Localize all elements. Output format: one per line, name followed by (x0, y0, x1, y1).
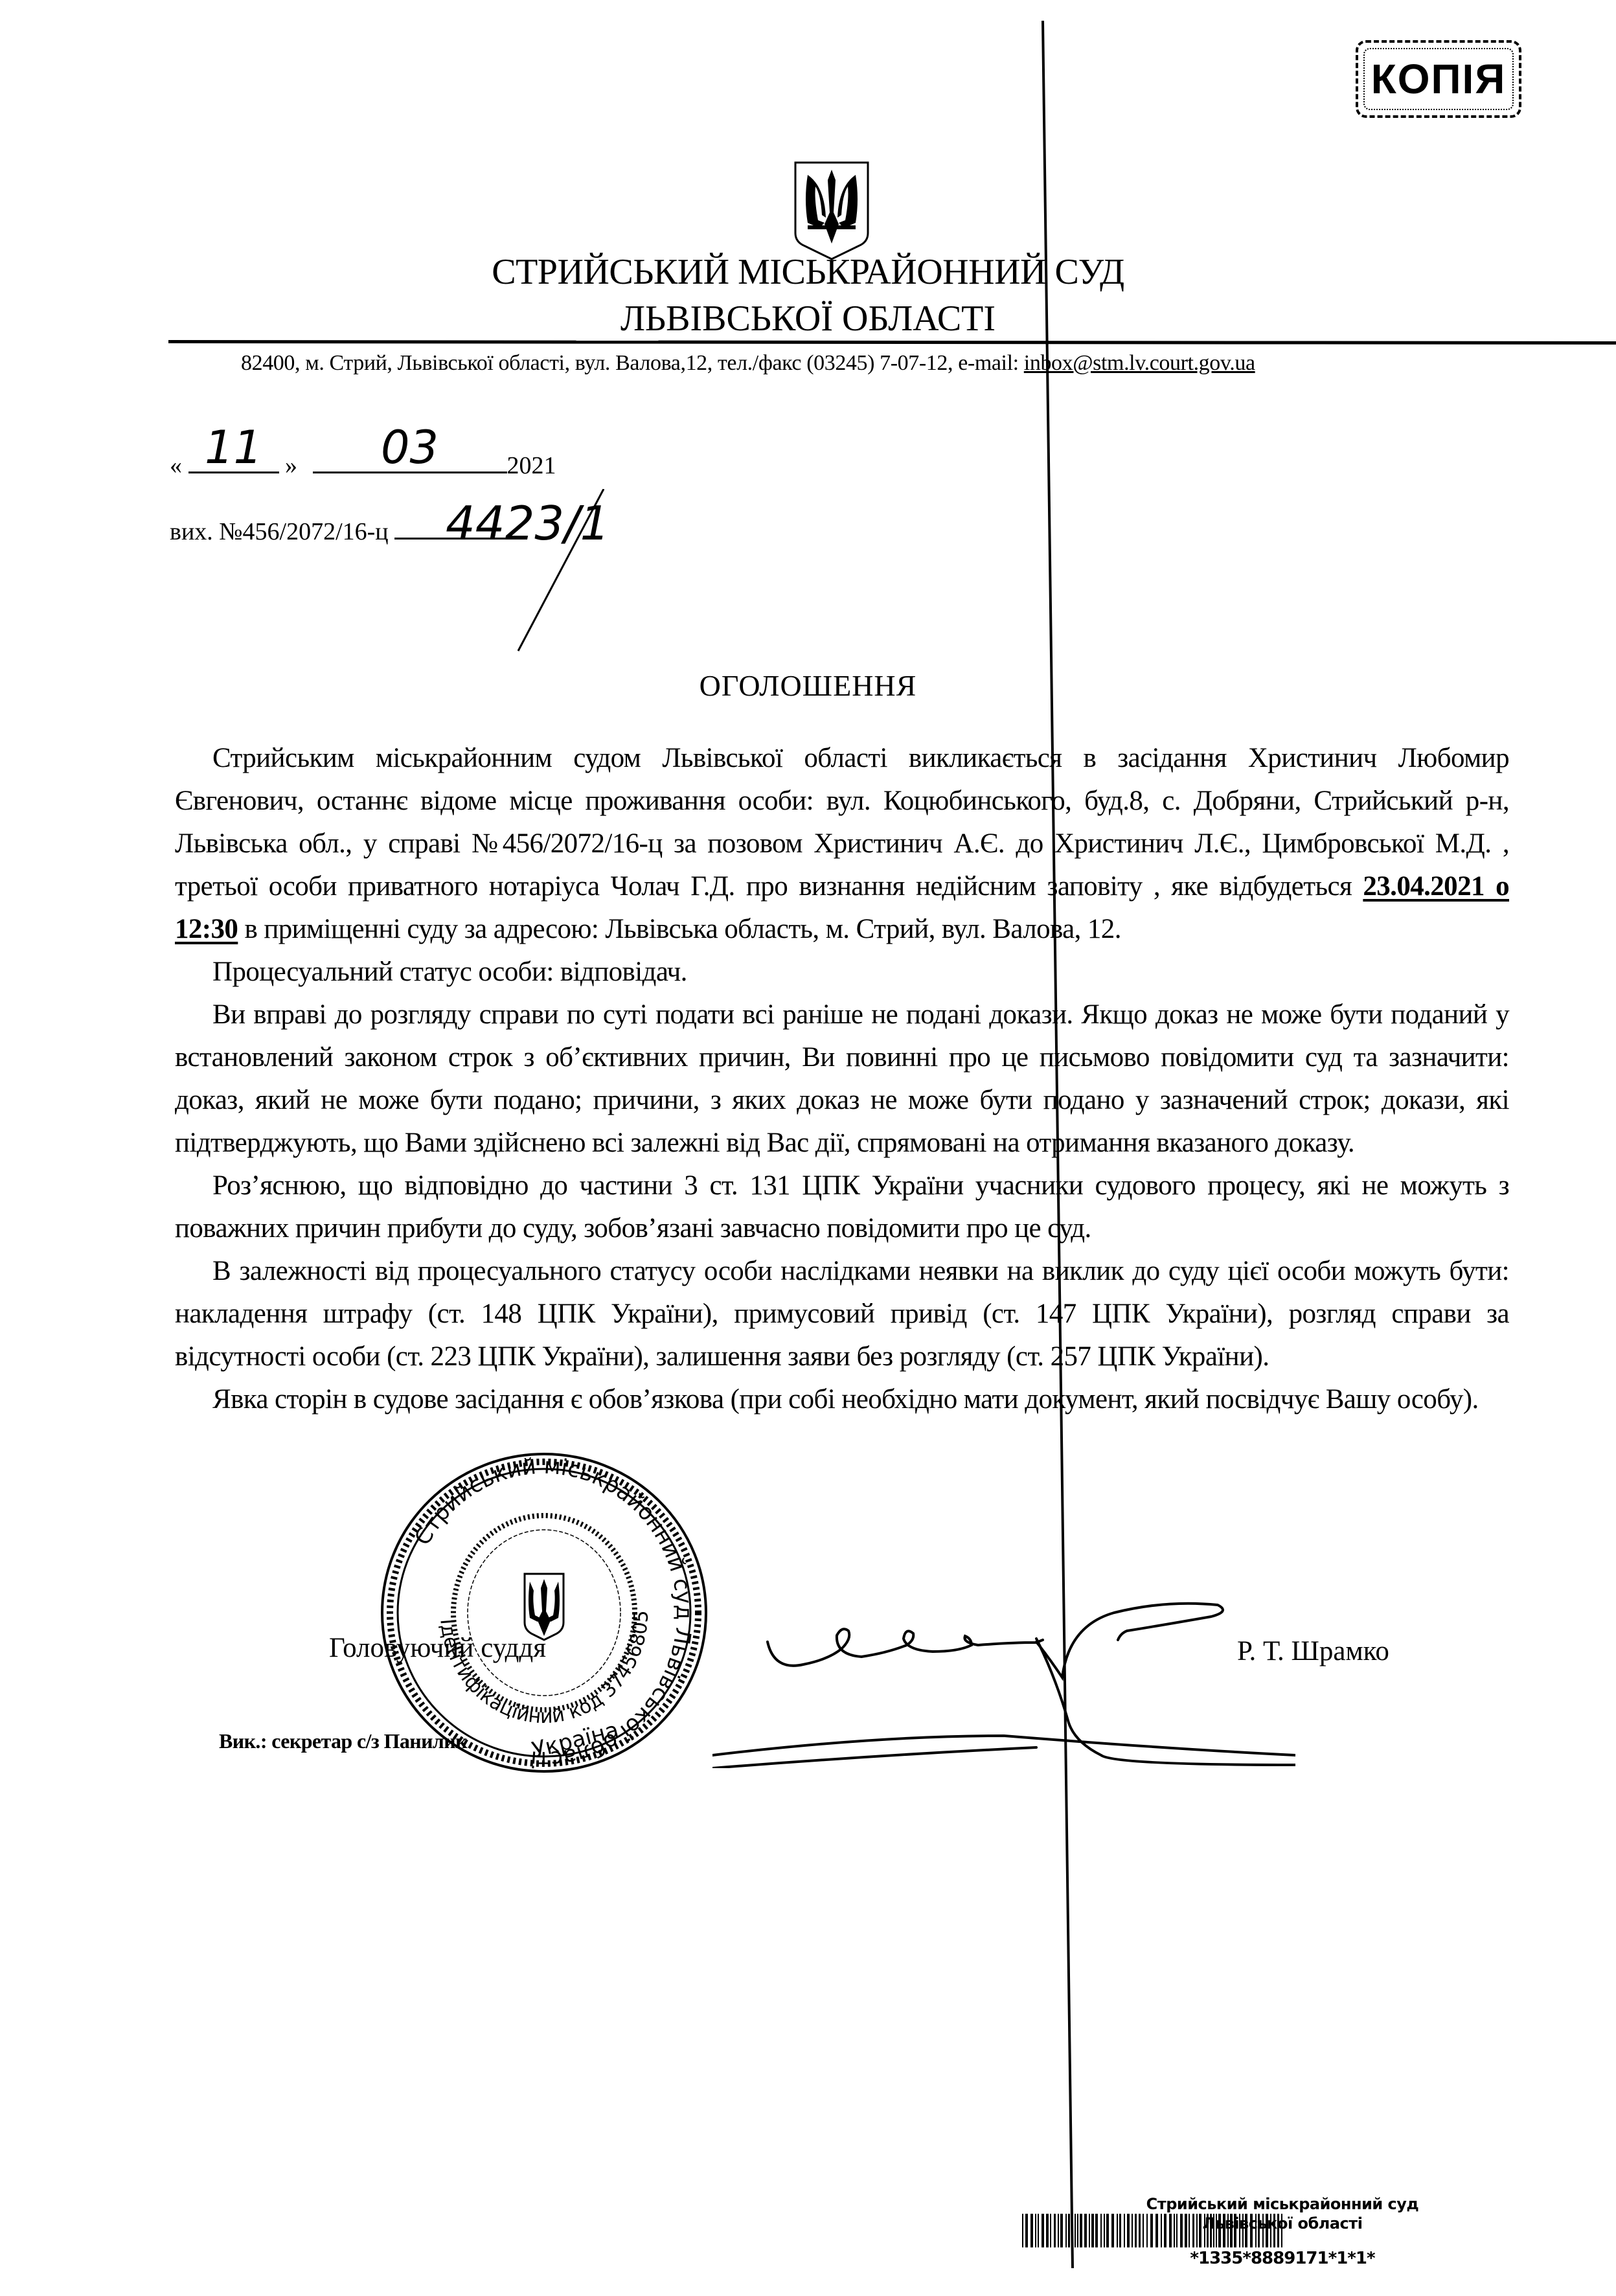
date-day-handwritten: 11 (188, 425, 279, 470)
copy-stamp: КОПІЯ (1356, 40, 1521, 118)
footer-court-line1: Стрийський міськрайонний суд (1088, 2194, 1477, 2214)
address-text: 82400, м. Стрий, Львівської області, вул… (241, 351, 1024, 375)
paragraph-attendance: Явка сторін в судове засідання є обов’яз… (175, 1378, 1509, 1421)
date-close-quote: » (285, 452, 297, 479)
court-name-line1: СТРИЙСЬКИЙ МІСЬКРАЙОННИЙ СУД (0, 254, 1616, 290)
announcement-body: Стрийським міськрайонним судом Львівсько… (175, 737, 1509, 1421)
handwritten-signature (712, 1580, 1295, 1768)
document-title: ОГОЛОШЕННЯ (0, 668, 1616, 703)
trident-coat-of-arms-icon (793, 161, 870, 260)
paragraph-summons: Стрийським міськрайонним судом Львівсько… (175, 737, 1509, 951)
handwritten-outgoing-number: 4423/1 (440, 489, 648, 657)
court-address: 82400, м. Стрий, Львівської області, вул… (241, 351, 1255, 376)
date-month-field: 03 (313, 440, 507, 473)
official-seal: Стрийський міськрайонний суд Львівської … (363, 1451, 725, 1775)
date-open-quote: « (170, 452, 182, 479)
email-link[interactable]: inbox@stm.lv.court.gov.ua (1024, 351, 1255, 375)
date-day-field: 11 (188, 440, 279, 473)
barcode-number: *1335*8889171*1*1* (1088, 2249, 1477, 2268)
date-month-handwritten: 03 (313, 425, 507, 470)
court-name-line2: ЛЬВІВСЬКОЇ ОБЛАСТІ (0, 301, 1616, 337)
paragraph-evidence: Ви вправі до розгляду справи по суті под… (175, 994, 1509, 1165)
paragraph-consequences: В залежності від процесуального статусу … (175, 1250, 1509, 1378)
header-divider (168, 340, 1616, 345)
paragraph-status: Процесуальний статус особи: відповідач. (175, 951, 1509, 994)
copy-stamp-border (1363, 48, 1514, 110)
barcode (1021, 2214, 1286, 2247)
outgoing-number-prefix: вих. №456/2072/16-ц (170, 518, 389, 545)
letter-date: « 11 » 032021 (170, 440, 556, 492)
paragraph-notice: Роз’яснюю, що відповідно до частини 3 ст… (175, 1165, 1509, 1250)
date-year: 2021 (507, 452, 556, 479)
